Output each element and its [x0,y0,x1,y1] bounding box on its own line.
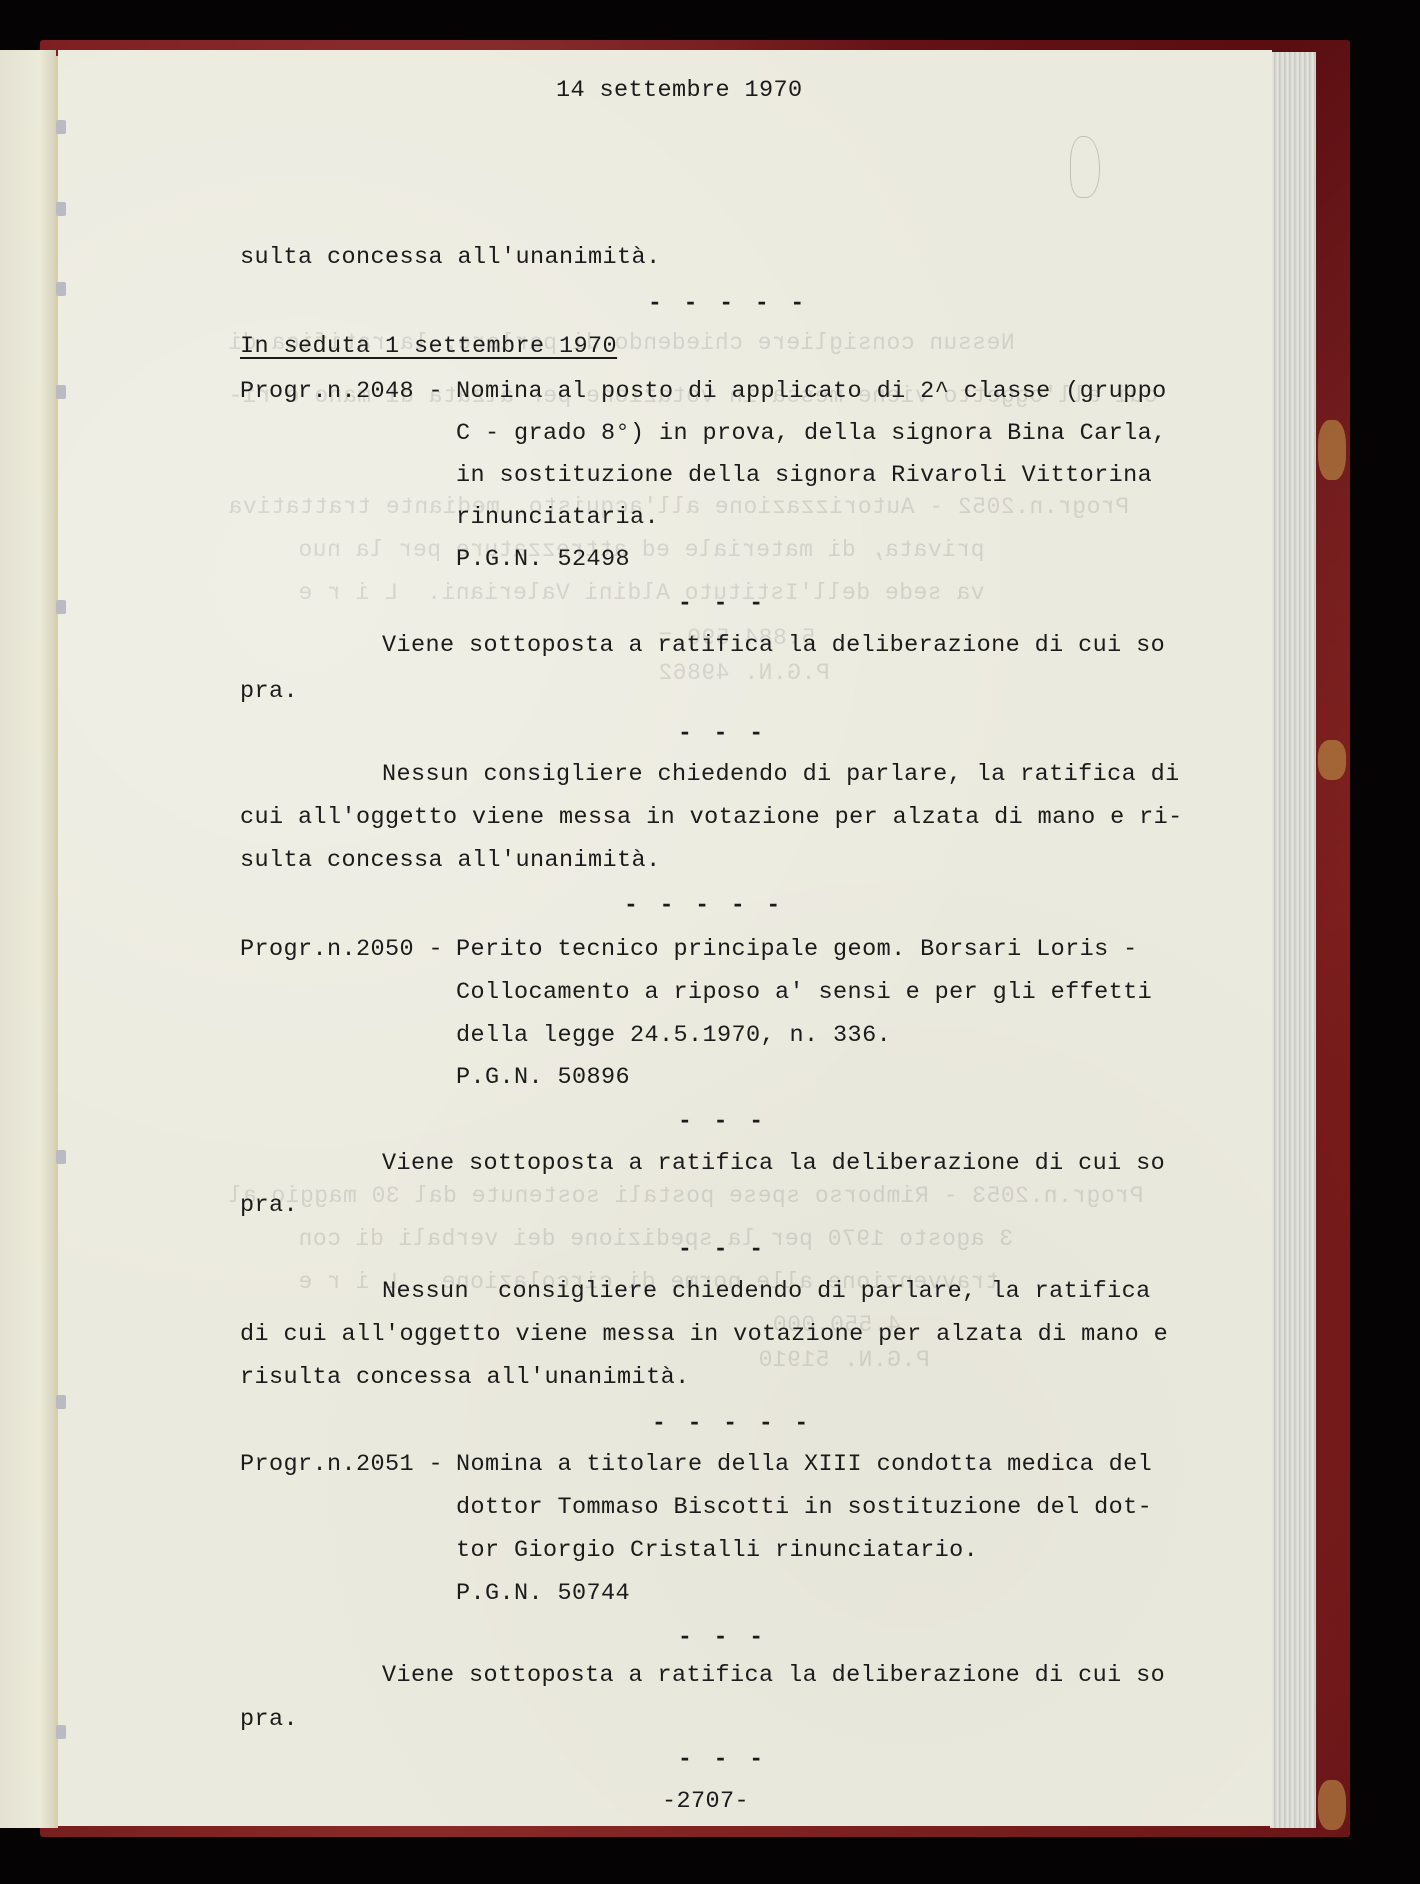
item-text: Nomina a titolare della XIII condotta me… [456,1453,1152,1477]
binding-staple [56,385,66,399]
item-text: Nomina al posto di applicato di 2^ class… [456,380,1167,404]
item-text: C - grado 8°) in prova, della signora Bi… [456,422,1167,446]
document-page: Nessun consigliere chiedendo di parlare,… [58,50,1272,1826]
separator: - - - [678,1108,767,1134]
binding-staple [56,1150,66,1164]
bleed-through-text: Progr.n.2053 - Rimborso spese postali so… [228,1183,1143,1209]
binding-gutter [55,56,58,1828]
binding-staple [56,282,66,296]
bleed-through-text: Progr.n.2052 - Autorizzazione all'acquis… [228,494,1129,520]
vote-text: Nessun consigliere chiedendo di parlare,… [382,1280,1151,1304]
bleed-through-text: 3 agosto 1970 per la spedizione dei verb… [298,1226,1013,1252]
item-text: tor Giorgio Cristalli rinunciatario. [456,1539,978,1563]
ratifica-text: Viene sottoposta a ratifica la deliberaz… [382,634,1165,658]
progr-number: Progr.n.2051 - [240,1453,443,1477]
bleed-through-text: privata, di materiale ed attrezzature pe… [298,537,985,563]
page-number: -2707- [662,1790,749,1814]
page-stack-edge [1270,52,1316,1828]
separator: - - - - - [648,290,808,316]
vote-text: sulta concessa all'unanimità. [240,849,661,873]
ratifica-text: Viene sottoposta a ratifica la deliberaz… [382,1152,1165,1176]
ratifica-text: pra. [240,1708,298,1732]
session-heading: In seduta 1 settembre 1970 [240,335,617,359]
progr-number: Progr.n.2050 - [240,938,443,962]
cover-marbling [1318,420,1346,480]
separator: - - - - - [624,892,784,918]
progr-number: Progr.n.2048 - [240,380,443,404]
pgn-reference: P.G.N. 52498 [456,548,630,572]
ratifica-text: pra. [240,1194,298,1218]
date-header: 14 settembre 1970 [556,79,803,103]
vote-text: risulta concessa all'unanimità. [240,1366,690,1390]
separator: - - - [678,1746,767,1772]
separator: - - - - - [652,1410,812,1436]
previous-page-edge [0,50,56,1828]
binding-staple [56,1725,66,1739]
separator: - - - [678,590,767,616]
cover-marbling [1318,1780,1346,1830]
separator: - - - [678,720,767,746]
item-text: dottor Tommaso Biscotti in sostituzione … [456,1496,1152,1520]
pgn-reference: P.G.N. 50744 [456,1582,630,1606]
vote-text: cui all'oggetto viene messa in votazione… [240,806,1183,830]
binding-staple [56,600,66,614]
bleed-through-text: P.G.N. 51910 [758,1347,930,1373]
item-text: della legge 24.5.1970, n. 336. [456,1024,891,1048]
separator: - - - [678,1624,767,1650]
separator: - - - [678,1236,767,1262]
binding-staple [56,120,66,134]
item-text: in sostituzione della signora Rivaroli V… [456,464,1152,488]
pencil-annotation [1070,136,1100,198]
binding-staple [56,1395,66,1409]
bleed-through-text: va sede dell'Istituto Aldini Valeriani. … [298,580,985,606]
pgn-reference: P.G.N. 50896 [456,1066,630,1090]
ratifica-text: Viene sottoposta a ratifica la deliberaz… [382,1664,1165,1688]
carryover-text: sulta concessa all'unanimità. [240,246,661,270]
bleed-through-text: P.G.N. 49862 [658,660,830,686]
item-text: Collocamento a riposo a' sensi e per gli… [456,981,1152,1005]
ratifica-text: pra. [240,680,298,704]
item-text: rinunciataria. [456,506,659,530]
cover-marbling [1318,740,1346,780]
item-text: Perito tecnico principale geom. Borsari … [456,938,1138,962]
vote-text: di cui all'oggetto viene messa in votazi… [240,1323,1168,1347]
vote-text: Nessun consigliere chiedendo di parlare,… [382,763,1180,787]
binding-staple [56,202,66,216]
